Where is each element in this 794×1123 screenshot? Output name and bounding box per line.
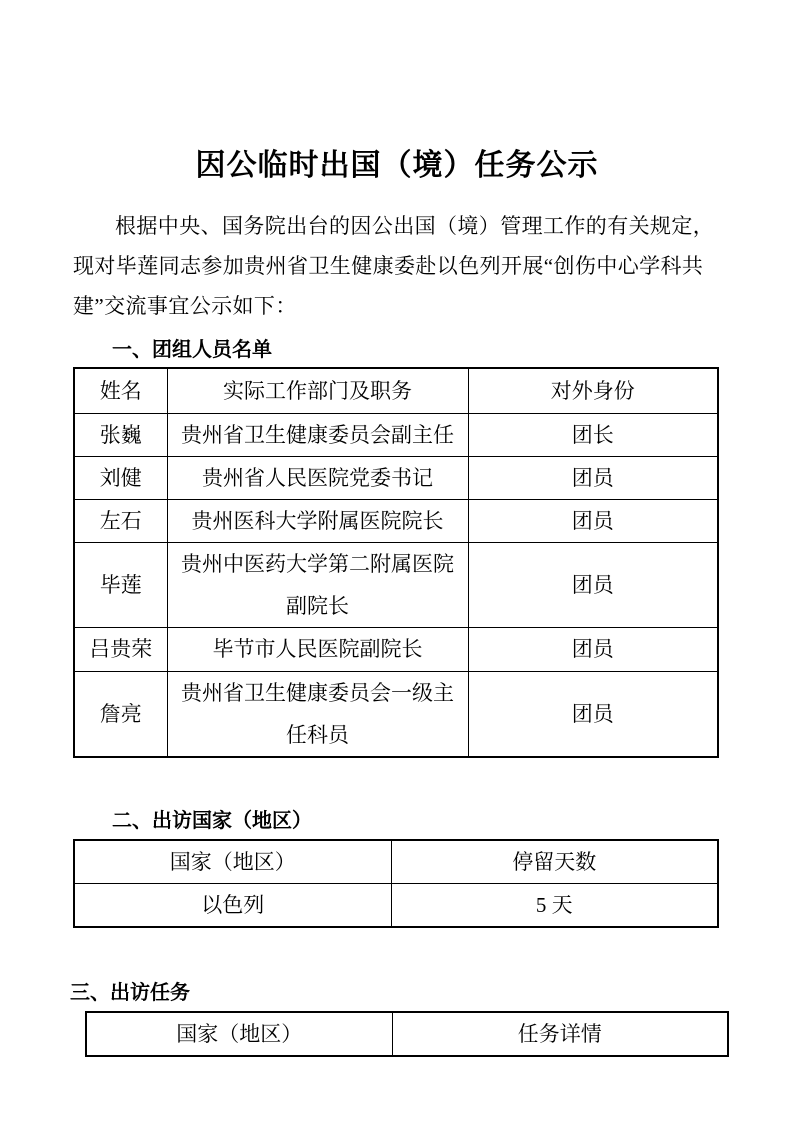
cell-identity: 团员 [468,499,718,542]
column-header-department: 实际工作部门及职务 [167,368,468,413]
table-row: 刘健 贵州省人民医院党委书记 团员 [74,456,718,499]
cell-name: 刘健 [74,456,167,499]
cell-department: 贵州省人民医院党委书记 [167,456,468,499]
cell-department: 贵州省卫生健康委员会一级主任科员 [167,671,468,757]
document-page: 因公临时出国（境）任务公示 根据中央、国务院出台的因公出国（境）管理工作的有关规… [0,0,794,1123]
paragraph-line: 现对毕莲同志参加贵州省卫生健康委赴以色列开展“创伤中心学科共 [73,246,717,286]
cell-identity: 团员 [468,627,718,671]
cell-name: 张巍 [74,413,167,456]
cell-department: 贵州省卫生健康委员会副主任 [167,413,468,456]
intro-paragraph: 根据中央、国务院出台的因公出国（境）管理工作的有关规定， 现对毕莲同志参加贵州省… [73,206,717,326]
task-table: 国家（地区） 任务详情 [85,1011,729,1057]
table-header-row: 国家（地区） 停留天数 [74,840,718,884]
cell-days: 5 天 [391,883,718,927]
cell-department: 毕节市人民医院副院长 [167,627,468,671]
table-row: 以色列 5 天 [74,883,718,927]
table-header-row: 国家（地区） 任务详情 [86,1012,728,1056]
country-table: 国家（地区） 停留天数 以色列 5 天 [73,839,719,928]
cell-name: 吕贵荣 [74,627,167,671]
cell-name: 毕莲 [74,542,167,627]
table-row: 张巍 贵州省卫生健康委员会副主任 团长 [74,413,718,456]
cell-name: 左石 [74,499,167,542]
page-title: 因公临时出国（境）任务公示 [0,146,794,186]
cell-name: 詹亮 [74,671,167,757]
cell-department: 贵州中医药大学第二附属医院副院长 [167,542,468,627]
table-row: 詹亮 贵州省卫生健康委员会一级主任科员 团员 [74,671,718,757]
column-header-country: 国家（地区） [86,1012,392,1056]
table-header-row: 姓名 实际工作部门及职务 对外身份 [74,368,718,413]
table-row: 左石 贵州医科大学附属医院院长 团员 [74,499,718,542]
column-header-country: 国家（地区） [74,840,391,884]
cell-identity: 团长 [468,413,718,456]
paragraph-line: 根据中央、国务院出台的因公出国（境）管理工作的有关规定， [73,206,717,246]
paragraph-line: 建”交流事宜公示如下： [73,286,717,326]
column-header-days: 停留天数 [391,840,718,884]
cell-identity: 团员 [468,456,718,499]
roster-table: 姓名 实际工作部门及职务 对外身份 张巍 贵州省卫生健康委员会副主任 团长 刘健… [73,367,719,758]
cell-department: 贵州医科大学附属医院院长 [167,499,468,542]
section-heading-roster: 一、团组人员名单 [112,337,794,363]
section-heading-countries: 二、出访国家（地区） [112,808,794,834]
table-row: 吕贵荣 毕节市人民医院副院长 团员 [74,627,718,671]
cell-identity: 团员 [468,542,718,627]
cell-identity: 团员 [468,671,718,757]
cell-country: 以色列 [74,883,391,927]
table-row: 毕莲 贵州中医药大学第二附属医院副院长 团员 [74,542,718,627]
section-heading-tasks: 三、出访任务 [70,980,794,1006]
column-header-name: 姓名 [74,368,167,413]
column-header-identity: 对外身份 [468,368,718,413]
column-header-task-detail: 任务详情 [392,1012,728,1056]
